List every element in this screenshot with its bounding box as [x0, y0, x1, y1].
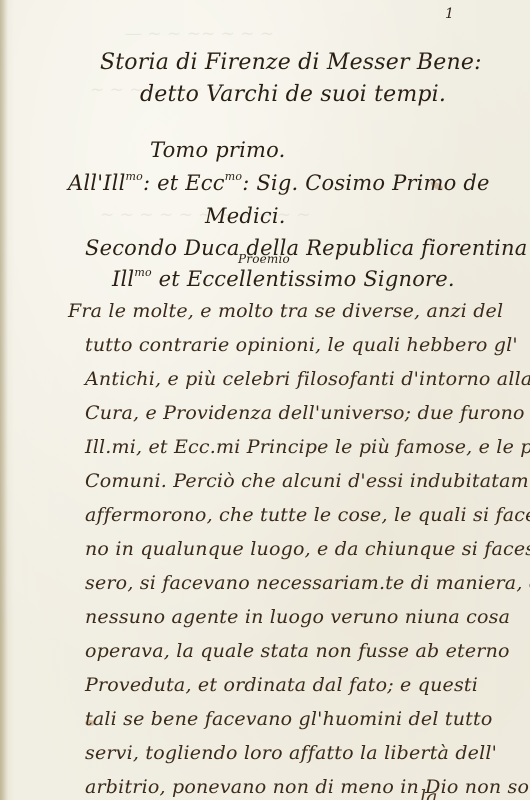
dedication-line-1: All'Illmo: et Eccmo: Sig. Cosimo Primo d…	[68, 170, 490, 195]
dedication-line-3: Secondo Duca della Republica fiorentina	[85, 236, 527, 260]
dedication-text: : et Ecc	[143, 171, 225, 195]
salutation: Illmo et Eccellentissimo Signore.	[112, 266, 455, 291]
page-edge-shadow	[0, 0, 8, 800]
body-line: Ill.mi, et Ecc.mi Principe le più famose…	[85, 436, 530, 458]
bleed-through-text: — ~ ~ ~~ ~ ~ ~	[125, 24, 274, 44]
superscript: mo	[134, 266, 151, 279]
body-line: Cura, e Providenza dell'universo; due fu…	[85, 402, 525, 424]
superscript: mo	[225, 170, 242, 183]
salutation-text: et Eccellentissimo Signore.	[152, 267, 455, 291]
dedication-line-2: Medici.	[205, 204, 286, 228]
body-line: Proveduta, et ordinata dal fato; e quest…	[85, 674, 478, 696]
body-line: arbitrio, ponevano non di meno in Dio no…	[85, 776, 530, 798]
body-line: tutto contrarie opinioni, le quali hebbe…	[85, 334, 518, 356]
dedication-text: : Sig. Cosimo Primo de	[242, 171, 489, 195]
interlinear-note: Proemio	[238, 252, 290, 266]
body-line: nessuno agente in luogo veruno niuna cos…	[85, 606, 510, 628]
body-line: tali se bene facevano gl'huomini del tut…	[85, 708, 492, 730]
folio-number: 1	[445, 6, 454, 22]
body-line: servi, togliendo loro affatto la libertà…	[85, 742, 497, 764]
superscript: mo	[126, 170, 143, 183]
title-line-1: Storia di Firenze di Messer Bene:	[100, 50, 482, 75]
body-line: operava, la quale stata non fusse ab ete…	[85, 640, 510, 662]
salutation-text: Ill	[112, 267, 134, 291]
body-line: no in qualunque luogo, e da chiunque si …	[85, 538, 530, 560]
body-line: Comuni. Perciò che alcuni d'essi indubit…	[85, 470, 530, 492]
manuscript-page: — ~ ~ ~~ ~ ~ ~ ~ ~ ~ ~ ~ ~ ~ ~ ~ ~ ~ ~ ~…	[0, 0, 530, 800]
body-line: affermorono, che tutte le cose, le quali…	[85, 504, 530, 526]
body-line: Antichi, e più celebri filosofanti d'int…	[85, 368, 530, 390]
volume-heading: Tomo primo.	[150, 138, 286, 162]
catchword: la	[420, 786, 437, 800]
body-line: sero, si facevano necessariam.te di mani…	[85, 572, 530, 594]
title-line-2: detto Varchi de suoi tempi.	[140, 82, 446, 107]
body-line: Fra le molte, e molto tra se diverse, an…	[68, 300, 503, 322]
dedication-text: All'Ill	[68, 171, 126, 195]
